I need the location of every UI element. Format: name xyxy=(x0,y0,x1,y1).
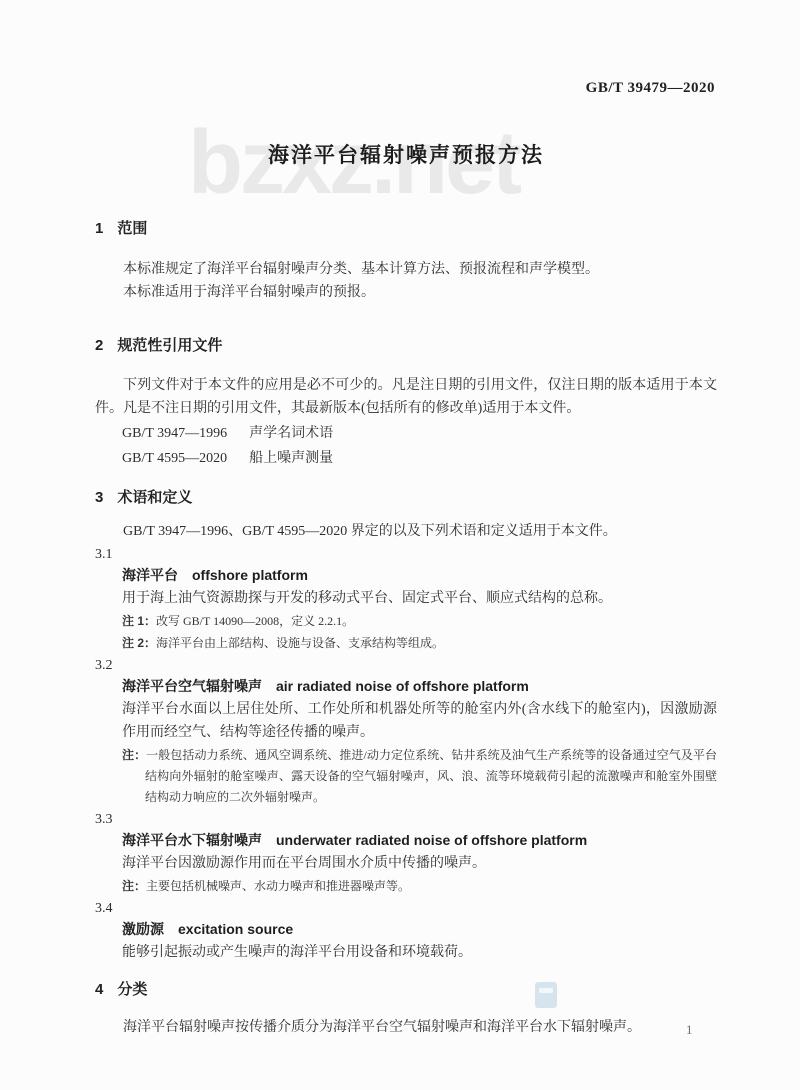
paragraph: 本标准适用于海洋平台辐射噪声的预报。 xyxy=(95,281,717,304)
term-en: offshore platform xyxy=(192,567,308,583)
term-block: 海洋平台offshore platform 用于海上油气资源勘探与开发的移动式平… xyxy=(122,565,717,654)
term-heading: 海洋平台水下辐射噪声underwater radiated noise of o… xyxy=(122,830,717,850)
term-number: 3.4 xyxy=(95,899,717,919)
section-heading-2: 2规范性引用文件 xyxy=(95,336,717,356)
reference-title: 船上噪声测量 xyxy=(249,451,333,466)
section-title: 范围 xyxy=(117,220,147,237)
paragraph: 海洋平台辐射噪声按传播介质分为海洋平台空气辐射噪声和海洋平台水下辐射噪声。 xyxy=(95,1016,717,1039)
term-zh: 海洋平台空气辐射噪声 xyxy=(122,678,262,694)
term-definition: 海洋平台水面以上居住处所、工作处所和机器处所等的舱室内外(含水线下的舱室内)，因… xyxy=(122,698,717,744)
term-en: underwater radiated noise of offshore pl… xyxy=(276,832,587,848)
paragraph: 下列文件对于本文件的应用是必不可少的。凡是注日期的引用文件，仅注日期的版本适用于… xyxy=(95,374,717,420)
term-definition: 能够引起振动或产生噪声的海洋平台用设备和环境载荷。 xyxy=(122,941,717,964)
term-zh: 激励源 xyxy=(122,921,164,937)
section-number: 2 xyxy=(95,337,103,354)
term-number: 3.1 xyxy=(95,545,717,565)
note-text: 一般包括动力系统、通风空调系统、推进/动力定位系统、钻井系统及油气生产系统等的设… xyxy=(145,748,717,804)
term-heading: 激励源excitation source xyxy=(122,919,717,939)
note-text: 海洋平台由上部结构、设施与设备、支承结构等组成。 xyxy=(156,636,444,650)
term-zh: 海洋平台 xyxy=(122,567,178,583)
term-note: 注 2：海洋平台由上部结构、设施与设备、支承结构等组成。 xyxy=(122,633,717,654)
section-number: 1 xyxy=(95,220,103,237)
reference-code: GB/T 3947—1996 xyxy=(122,426,227,441)
section-heading-3: 3术语和定义 xyxy=(95,488,717,508)
note-label: 注： xyxy=(122,879,146,893)
page-content: 海洋平台辐射噪声预报方法 1范围 本标准规定了海洋平台辐射噪声分类、基本计算方法… xyxy=(95,0,717,1039)
term-en: excitation source xyxy=(178,921,293,937)
section-heading-4: 4分类 xyxy=(95,980,717,1000)
note-label: 注 2： xyxy=(122,636,156,650)
section-title: 分类 xyxy=(117,981,147,998)
term-block: 海洋平台空气辐射噪声air radiated noise of offshore… xyxy=(122,676,717,808)
section-title: 术语和定义 xyxy=(117,489,192,506)
reference-title: 声学名词术语 xyxy=(249,426,333,441)
term-number: 3.3 xyxy=(95,810,717,830)
term-block: 激励源excitation source 能够引起振动或产生噪声的海洋平台用设备… xyxy=(122,919,717,964)
note-label: 注 1： xyxy=(122,614,156,628)
paragraph: GB/T 3947—1996、GB/T 4595—2020 界定的以及下列术语和… xyxy=(95,520,717,543)
page-number: 1 xyxy=(686,1022,693,1038)
standard-code: GB/T 39479—2020 xyxy=(586,80,715,97)
document-page: bzxz.net GB/T 39479—2020 海洋平台辐射噪声预报方法 1范… xyxy=(0,0,800,1090)
section-number: 4 xyxy=(95,981,103,998)
term-note: 注：主要包括机械噪声、水动力噪声和推进器噪声等。 xyxy=(122,876,717,897)
term-definition: 海洋平台因激励源作用而在平台周围水介质中传播的噪声。 xyxy=(122,852,717,875)
term-heading: 海洋平台空气辐射噪声air radiated noise of offshore… xyxy=(122,676,717,696)
term-note: 注：一般包括动力系统、通风空调系统、推进/动力定位系统、钻井系统及油气生产系统等… xyxy=(122,745,717,808)
section-title: 规范性引用文件 xyxy=(117,337,222,354)
note-label: 注： xyxy=(122,748,146,762)
document-title: 海洋平台辐射噪声预报方法 xyxy=(95,141,717,171)
term-definition: 用于海上油气资源勘探与开发的移动式平台、固定式平台、顺应式结构的总称。 xyxy=(122,587,717,610)
reference-code: GB/T 4595—2020 xyxy=(122,451,227,466)
term-zh: 海洋平台水下辐射噪声 xyxy=(122,832,262,848)
term-note: 注 1：改写 GB/T 14090—2008，定义 2.2.1。 xyxy=(122,611,717,632)
reference-item: GB/T 3947—1996声学名词术语 xyxy=(122,422,717,445)
note-text: 主要包括机械噪声、水动力噪声和推进器噪声等。 xyxy=(146,879,410,893)
reference-item: GB/T 4595—2020船上噪声测量 xyxy=(122,447,717,470)
section-number: 3 xyxy=(95,489,103,506)
section-heading-1: 1范围 xyxy=(95,219,717,239)
note-text: 改写 GB/T 14090—2008，定义 2.2.1。 xyxy=(156,614,354,628)
paragraph: 本标准规定了海洋平台辐射噪声分类、基本计算方法、预报流程和声学模型。 xyxy=(95,258,717,281)
term-number: 3.2 xyxy=(95,656,717,676)
term-block: 海洋平台水下辐射噪声underwater radiated noise of o… xyxy=(122,830,717,897)
term-en: air radiated noise of offshore platform xyxy=(276,678,529,694)
term-heading: 海洋平台offshore platform xyxy=(122,565,717,585)
